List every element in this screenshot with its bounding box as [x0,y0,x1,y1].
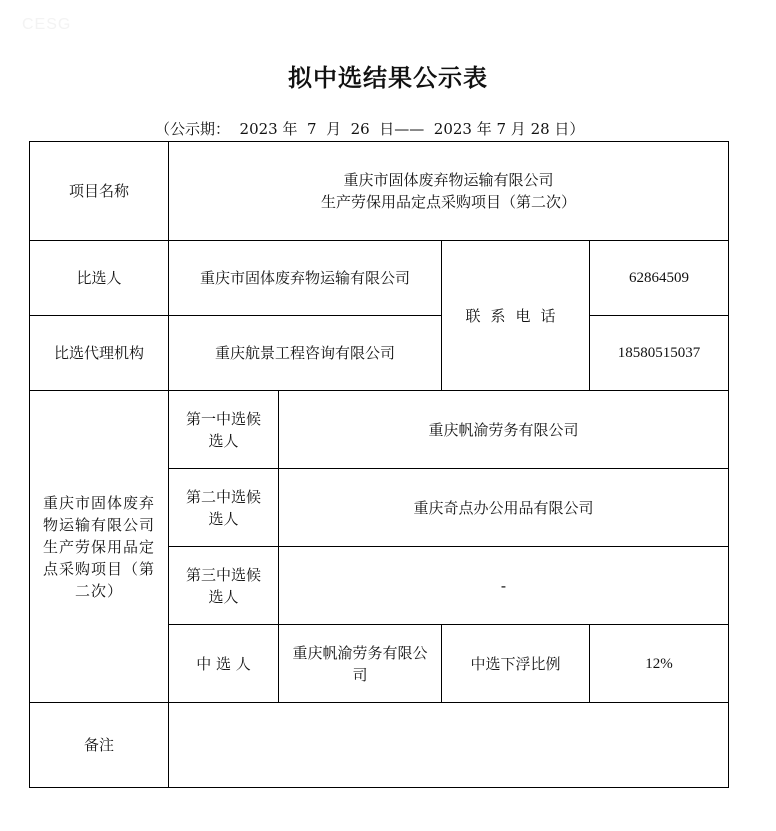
agency-value: 重庆航景工程咨询有限公司 [169,316,442,391]
page-title: 拟中选结果公示表 [0,58,776,93]
agency-phone: 18580515037 [590,316,729,391]
row-candidate-1: 重庆市固体废弃物运输有限公司生产劳保用品定点采购项目（第二次） 第一中选候选人 … [30,391,729,469]
selector-phone: 62864509 [590,241,729,316]
publicity-period: （公示期： 2023 年 7 月 26 日—— 2023 年 7 月 28 日） [155,118,584,139]
row-agency: 比选代理机构 重庆航景工程咨询有限公司 18580515037 [30,316,729,391]
discount-ratio-label: 中选下浮比例 [442,625,590,703]
candidate-1-label: 第一中选候选人 [169,391,279,469]
candidate-2-value: 重庆奇点办公用品有限公司 [279,469,729,547]
remarks-label: 备注 [30,703,169,788]
winner-value: 重庆帆渝劳务有限公司 [279,625,442,703]
row-selector: 比选人 重庆市固体废弃物运输有限公司 联系电话 62864509 [30,241,729,316]
candidate-3-value: - [279,547,729,625]
project-name-line1: 重庆市固体废弃物运输有限公司 [175,169,722,191]
selector-value: 重庆市固体废弃物运输有限公司 [169,241,442,316]
project-name-label: 项目名称 [30,142,169,241]
remarks-value [169,703,729,788]
winner-label: 中 选 人 [169,625,279,703]
project-name-line2: 生产劳保用品定点采购项目（第二次） [175,191,722,213]
result-section-label: 重庆市固体废弃物运输有限公司生产劳保用品定点采购项目（第二次） [30,391,169,703]
result-table: 项目名称 重庆市固体废弃物运输有限公司 生产劳保用品定点采购项目（第二次） 比选… [29,141,729,788]
candidate-2-label: 第二中选候选人 [169,469,279,547]
agency-label: 比选代理机构 [30,316,169,391]
selector-label: 比选人 [30,241,169,316]
discount-ratio-value: 12% [590,625,729,703]
row-project-name: 项目名称 重庆市固体废弃物运输有限公司 生产劳保用品定点采购项目（第二次） [30,142,729,241]
candidate-1-value: 重庆帆渝劳务有限公司 [279,391,729,469]
candidate-3-label: 第三中选候选人 [169,547,279,625]
watermark: CESG [22,16,71,34]
contact-phone-label: 联系电话 [442,241,590,391]
project-name-value: 重庆市固体废弃物运输有限公司 生产劳保用品定点采购项目（第二次） [169,142,729,241]
row-remarks: 备注 [30,703,729,788]
